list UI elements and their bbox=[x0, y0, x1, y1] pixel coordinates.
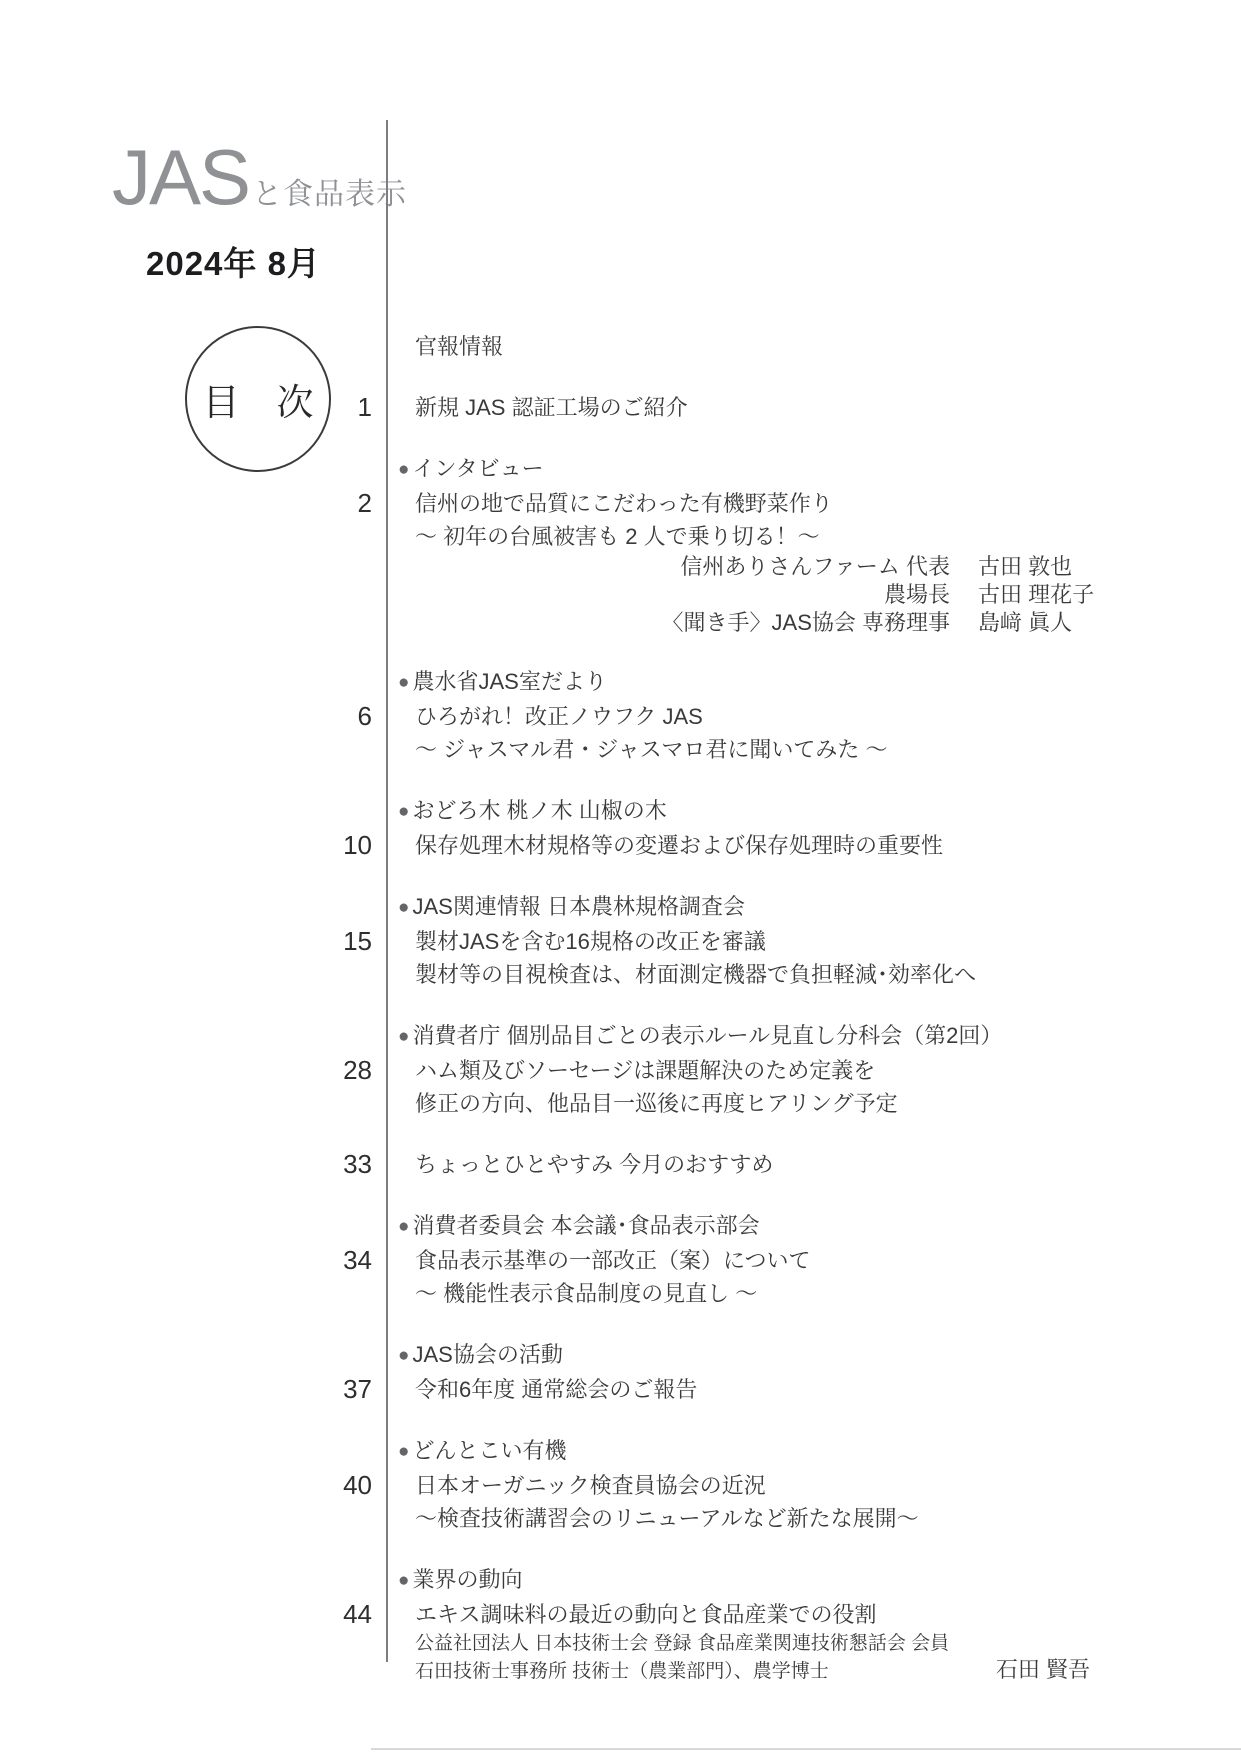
toc-line-content: 製材JASを含む16規格の改正を審議 bbox=[372, 925, 1241, 958]
toc-line: 44エキス調味料の最近の動向と食品産業での役割 bbox=[0, 1598, 1241, 1631]
page-number: 37 bbox=[0, 1373, 372, 1406]
article-title: 令和6年度 通常総会のご報告 bbox=[415, 1377, 697, 1402]
section-title: 農水省JAS室だより bbox=[412, 669, 606, 694]
article-title: ～ 機能性表示食品制度の見直し ～ bbox=[415, 1281, 757, 1306]
toc-entry: ●インタビュー2信州の地で品質にこだわった有機野菜作り～ 初年の台風被害も 2 … bbox=[0, 452, 1241, 637]
toc-line: ～ ジャスマル君・ジャスマロ君に聞いてみた ～ bbox=[0, 733, 1241, 766]
page-number: 33 bbox=[0, 1148, 372, 1181]
toc-line: ●おどろ木 桃ノ木 山椒の木 bbox=[0, 794, 1241, 829]
toc-entry: ●農水省JAS室だより6ひろがれ！改正ノウフク JAS～ ジャスマル君・ジャスマ… bbox=[0, 665, 1241, 766]
toc-line: ●農水省JAS室だより bbox=[0, 665, 1241, 700]
toc-line-content: 日本オーガニック検査員協会の近況 bbox=[372, 1469, 1241, 1502]
toc-line: ●どんとこい有機 bbox=[0, 1434, 1241, 1469]
credit-name: 古田 理花子 bbox=[978, 581, 1090, 609]
toc-line-content: ●おどろ木 桃ノ木 山椒の木 bbox=[372, 794, 1241, 829]
toc-entry: ●消費者委員会 本会議･食品表示部会34食品表示基準の一部改正（案）について～ … bbox=[0, 1209, 1241, 1310]
bottom-hairline bbox=[371, 1748, 1241, 1750]
credit-role: 信州ありさんファーム 代表 bbox=[680, 553, 950, 581]
magazine-logo: JAS と食品表示 bbox=[112, 138, 407, 216]
toc-line: 37令和6年度 通常総会のご報告 bbox=[0, 1373, 1241, 1406]
toc-line: 〈聞き手〉JAS協会 専務理事島﨑 眞人 bbox=[0, 609, 1241, 637]
page-number: 1 bbox=[0, 391, 372, 424]
toc-line-content: 〈聞き手〉JAS協会 専務理事島﨑 眞人 bbox=[372, 609, 1241, 637]
toc-line: ～検査技術講習会のリニューアルなど新たな展開～ bbox=[0, 1502, 1241, 1535]
toc-line: 公益社団法人 日本技術士会 登録 食品産業関連技術懇話会 会員 bbox=[0, 1631, 1241, 1657]
page-number: 6 bbox=[0, 700, 372, 733]
toc-line: 28ハム類及びソーセージは課題解決のため定義を bbox=[0, 1054, 1241, 1087]
toc-line-content: 修正の方向、他品目一巡後に再度ヒアリング予定 bbox=[372, 1087, 1241, 1120]
credit-role: 農場長 bbox=[884, 581, 950, 609]
bullet-icon: ● bbox=[398, 459, 409, 480]
page-number: 28 bbox=[0, 1054, 372, 1087]
page-number: 10 bbox=[0, 829, 372, 862]
toc-line-content: ハム類及びソーセージは課題解決のため定義を bbox=[372, 1054, 1241, 1087]
toc-line: 2信州の地で品質にこだわった有機野菜作り bbox=[0, 487, 1241, 520]
article-title: 信州の地で品質にこだわった有機野菜作り bbox=[415, 491, 833, 516]
toc-line-content: 信州の地で品質にこだわった有機野菜作り bbox=[372, 487, 1241, 520]
toc-entry: ●業界の動向44エキス調味料の最近の動向と食品産業での役割公益社団法人 日本技術… bbox=[0, 1563, 1241, 1685]
toc-line: 1新規 JAS 認証工場のご紹介 bbox=[0, 391, 1241, 424]
article-title: 新規 JAS 認証工場のご紹介 bbox=[415, 395, 688, 420]
article-title: 製材JASを含む16規格の改正を審議 bbox=[415, 929, 766, 954]
toc-entry: ●どんとこい有機40日本オーガニック検査員協会の近況～検査技術講習会のリニューア… bbox=[0, 1434, 1241, 1535]
article-title: 食品表示基準の一部改正（案）について bbox=[415, 1248, 811, 1273]
toc-entry: 1新規 JAS 認証工場のご紹介 bbox=[0, 391, 1241, 424]
toc-line: 農場長古田 理花子 bbox=[0, 581, 1241, 609]
page-number: 40 bbox=[0, 1469, 372, 1502]
toc-line-content: ●農水省JAS室だより bbox=[372, 665, 1241, 700]
credit-name: 島﨑 眞人 bbox=[978, 609, 1090, 637]
toc-line: 信州ありさんファーム 代表古田 敦也 bbox=[0, 553, 1241, 581]
page-number: 34 bbox=[0, 1244, 372, 1277]
toc-line-content: 新規 JAS 認証工場のご紹介 bbox=[372, 391, 1241, 424]
toc-line: 官報情報 bbox=[0, 330, 1241, 363]
toc-line-content: ●どんとこい有機 bbox=[372, 1434, 1241, 1469]
toc-line-content: エキス調味料の最近の動向と食品産業での役割 bbox=[372, 1598, 1241, 1631]
bullet-icon: ● bbox=[398, 801, 409, 822]
toc-line-content: ～検査技術講習会のリニューアルなど新たな展開～ bbox=[372, 1502, 1241, 1535]
article-title: エキス調味料の最近の動向と食品産業での役割 bbox=[415, 1602, 877, 1627]
toc-line-content: ～ 初年の台風被害も 2 人で乗り切る！～ bbox=[372, 520, 1241, 553]
toc-line-content: ちょっとひとやすみ 今月のおすすめ bbox=[372, 1148, 1241, 1181]
toc-line-content: ～ 機能性表示食品制度の見直し ～ bbox=[372, 1277, 1241, 1310]
toc-entry: 33ちょっとひとやすみ 今月のおすすめ bbox=[0, 1148, 1241, 1181]
toc-line: ●インタビュー bbox=[0, 452, 1241, 487]
page-number: 44 bbox=[0, 1598, 372, 1631]
article-title: 修正の方向、他品目一巡後に再度ヒアリング予定 bbox=[415, 1091, 898, 1116]
article-title: 製材等の目視検査は、材面測定機器で負担軽減･効率化へ bbox=[415, 962, 976, 987]
article-title: ちょっとひとやすみ 今月のおすすめ bbox=[415, 1152, 773, 1177]
bullet-icon: ● bbox=[398, 897, 409, 918]
logo-jas-text: JAS bbox=[112, 138, 249, 216]
section-title: JAS協会の活動 bbox=[412, 1342, 562, 1367]
toc-line-content: ●JAS協会の活動 bbox=[372, 1338, 1241, 1373]
section-title: 消費者庁 個別品目ごとの表示ルール見直し分科会（第2回） bbox=[412, 1023, 1002, 1048]
toc-line-content: 石田技術士事務所 技術士（農業部門）、農学博士石田 賢吾 bbox=[372, 1657, 1241, 1685]
author-name: 石田 賢吾 bbox=[996, 1657, 1090, 1683]
toc-line-content: ●消費者庁 個別品目ごとの表示ルール見直し分科会（第2回） bbox=[372, 1019, 1241, 1054]
toc-line-content: 食品表示基準の一部改正（案）について bbox=[372, 1244, 1241, 1277]
article-title: ～検査技術講習会のリニューアルなど新たな展開～ bbox=[415, 1506, 919, 1531]
toc-list: 官報情報1新規 JAS 認証工場のご紹介●インタビュー2信州の地で品質にこだわっ… bbox=[0, 330, 1241, 1685]
toc-line-content: 農場長古田 理花子 bbox=[372, 581, 1241, 609]
magazine-toc-page: JAS と食品表示 2024年 8月 目 次 官報情報1新規 JAS 認証工場の… bbox=[0, 0, 1241, 1754]
toc-line: 34食品表示基準の一部改正（案）について bbox=[0, 1244, 1241, 1277]
article-title: 日本オーガニック検査員協会の近況 bbox=[415, 1473, 766, 1498]
section-title: インタビュー bbox=[412, 456, 543, 481]
toc-line: 製材等の目視検査は、材面測定機器で負担軽減･効率化へ bbox=[0, 958, 1241, 991]
bullet-icon: ● bbox=[398, 1345, 409, 1366]
toc-line-content: 製材等の目視検査は、材面測定機器で負担軽減･効率化へ bbox=[372, 958, 1241, 991]
toc-entry: ●消費者庁 個別品目ごとの表示ルール見直し分科会（第2回）28ハム類及びソーセー… bbox=[0, 1019, 1241, 1120]
toc-line: ●業界の動向 bbox=[0, 1563, 1241, 1598]
credit-name: 古田 敦也 bbox=[978, 553, 1090, 581]
article-title: ～ 初年の台風被害も 2 人で乗り切る！～ bbox=[415, 524, 820, 549]
issue-date: 2024年 8月 bbox=[146, 238, 321, 285]
toc-line-content: ひろがれ！改正ノウフク JAS bbox=[372, 700, 1241, 733]
toc-line: 6ひろがれ！改正ノウフク JAS bbox=[0, 700, 1241, 733]
toc-line: 10保存処理木材規格等の変遷および保存処理時の重要性 bbox=[0, 829, 1241, 862]
toc-line: 33ちょっとひとやすみ 今月のおすすめ bbox=[0, 1148, 1241, 1181]
article-title: ～ ジャスマル君・ジャスマロ君に聞いてみた ～ bbox=[415, 737, 887, 762]
toc-line: 15製材JASを含む16規格の改正を審議 bbox=[0, 925, 1241, 958]
toc-entry: ●JAS協会の活動37令和6年度 通常総会のご報告 bbox=[0, 1338, 1241, 1406]
bullet-icon: ● bbox=[398, 1441, 409, 1462]
section-title: おどろ木 桃ノ木 山椒の木 bbox=[412, 798, 666, 823]
toc-line: 石田技術士事務所 技術士（農業部門）、農学博士石田 賢吾 bbox=[0, 1657, 1241, 1685]
section-title: 消費者委員会 本会議･食品表示部会 bbox=[412, 1213, 759, 1238]
credit-role: 〈聞き手〉JAS協会 専務理事 bbox=[662, 609, 950, 637]
bullet-icon: ● bbox=[398, 1026, 409, 1047]
toc-entry: ●JAS関連情報 日本農林規格調査会15製材JASを含む16規格の改正を審議製材… bbox=[0, 890, 1241, 991]
toc-line-content: 信州ありさんファーム 代表古田 敦也 bbox=[372, 553, 1241, 581]
page-number: 2 bbox=[0, 487, 372, 520]
page-number: 15 bbox=[0, 925, 372, 958]
toc-line: ●消費者庁 個別品目ごとの表示ルール見直し分科会（第2回） bbox=[0, 1019, 1241, 1054]
toc-line: ～ 初年の台風被害も 2 人で乗り切る！～ bbox=[0, 520, 1241, 553]
toc-entry: 官報情報 bbox=[0, 330, 1241, 363]
toc-line: ●消費者委員会 本会議･食品表示部会 bbox=[0, 1209, 1241, 1244]
toc-line: ●JAS関連情報 日本農林規格調査会 bbox=[0, 890, 1241, 925]
toc-line: ●JAS協会の活動 bbox=[0, 1338, 1241, 1373]
toc-line-content: ●インタビュー bbox=[372, 452, 1241, 487]
toc-line: 修正の方向、他品目一巡後に再度ヒアリング予定 bbox=[0, 1087, 1241, 1120]
article-title: 官報情報 bbox=[415, 334, 503, 359]
toc-line-content: 保存処理木材規格等の変遷および保存処理時の重要性 bbox=[372, 829, 1241, 862]
toc-line: ～ 機能性表示食品制度の見直し ～ bbox=[0, 1277, 1241, 1310]
author-affiliation: 石田技術士事務所 技術士（農業部門）、農学博士 bbox=[415, 1659, 829, 1685]
toc-line-content: 公益社団法人 日本技術士会 登録 食品産業関連技術懇話会 会員 bbox=[372, 1631, 1241, 1657]
toc-line-content: ●消費者委員会 本会議･食品表示部会 bbox=[372, 1209, 1241, 1244]
section-title: どんとこい有機 bbox=[412, 1438, 566, 1463]
toc-line: 40日本オーガニック検査員協会の近況 bbox=[0, 1469, 1241, 1502]
author-affiliation: 公益社団法人 日本技術士会 登録 食品産業関連技術懇話会 会員 bbox=[415, 1633, 949, 1654]
toc-entry: ●おどろ木 桃ノ木 山椒の木10保存処理木材規格等の変遷および保存処理時の重要性 bbox=[0, 794, 1241, 862]
article-title: ハム類及びソーセージは課題解決のため定義を bbox=[415, 1058, 875, 1083]
logo-subtitle-text: と食品表示 bbox=[252, 169, 407, 213]
bullet-icon: ● bbox=[398, 1570, 409, 1591]
article-title: ひろがれ！改正ノウフク JAS bbox=[415, 704, 703, 729]
toc-line-content: ●業界の動向 bbox=[372, 1563, 1241, 1598]
article-title: 保存処理木材規格等の変遷および保存処理時の重要性 bbox=[415, 833, 943, 858]
section-title: 業界の動向 bbox=[412, 1567, 522, 1592]
bullet-icon: ● bbox=[398, 672, 409, 693]
toc-line-content: 官報情報 bbox=[372, 330, 1241, 363]
toc-line-content: ～ ジャスマル君・ジャスマロ君に聞いてみた ～ bbox=[372, 733, 1241, 766]
bullet-icon: ● bbox=[398, 1216, 409, 1237]
section-title: JAS関連情報 日本農林規格調査会 bbox=[412, 894, 744, 919]
toc-line-content: 令和6年度 通常総会のご報告 bbox=[372, 1373, 1241, 1406]
toc-line-content: ●JAS関連情報 日本農林規格調査会 bbox=[372, 890, 1241, 925]
